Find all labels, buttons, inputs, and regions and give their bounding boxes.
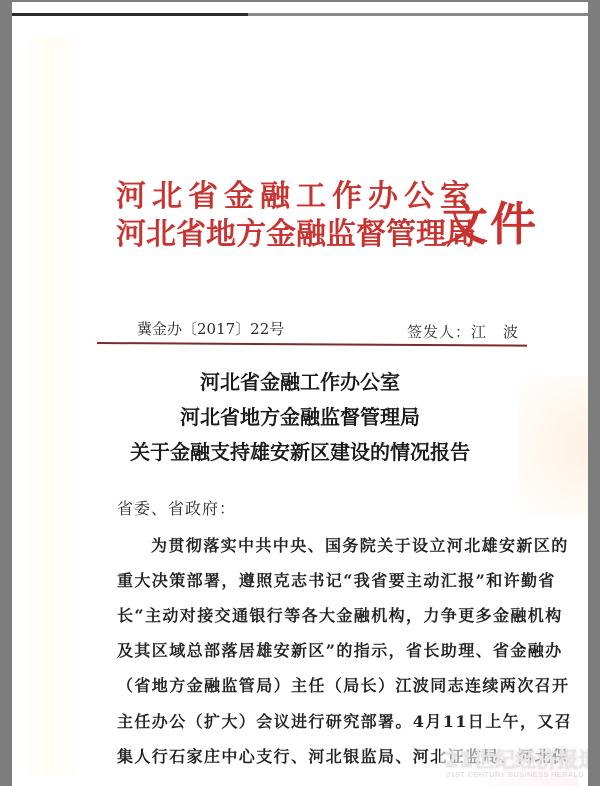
- body-line: 为贯彻落实中共中央、国务院关于设立河北雄安新区的: [151, 533, 537, 556]
- header-divider: [97, 342, 527, 347]
- document-number: 冀金办〔2017〕22号: [137, 318, 284, 339]
- report-title-line-1: 河北省金融工作办公室: [12, 366, 588, 395]
- publisher-watermark: 21世纪经济报道 21ST CENTURY BUSINESS HERALD: [440, 744, 588, 786]
- body-line: 及其区域总部落居雄安新区”的指示，省长助理、省金融办: [117, 638, 537, 661]
- report-title-line-3: 关于金融支持雄安新区建设的情况报告: [12, 436, 588, 465]
- body-line: （省地方金融监管局）主任（局长）江波同志连续两次召开: [117, 673, 537, 696]
- body-line: 长“主动对接交通银行等各大金融机构，力争更多金融机构: [117, 603, 537, 626]
- watermark-english: 21ST CENTURY BUSINESS HERALD: [446, 770, 584, 779]
- salutation: 省委、省政府：: [117, 496, 236, 519]
- header-issuer-line-2: 河北省地方金融监督管理局: [116, 209, 476, 253]
- body-line: 主任办公（扩大）会议进行研究部署。4月11日上午，又召: [117, 709, 537, 732]
- report-title-line-2: 河北省地方金融监督管理局: [12, 401, 588, 430]
- body-line: 重大决策部署，遵照克志书记“我省要主动汇报”和许勤省: [117, 568, 537, 591]
- header-document-label: 文件: [442, 188, 538, 254]
- document-page: 河北省金融工作办公室 河北省地方金融监督管理局 文件 冀金办〔2017〕22号 …: [12, 16, 588, 786]
- issuer-signature: 签发人：江 波: [407, 321, 519, 342]
